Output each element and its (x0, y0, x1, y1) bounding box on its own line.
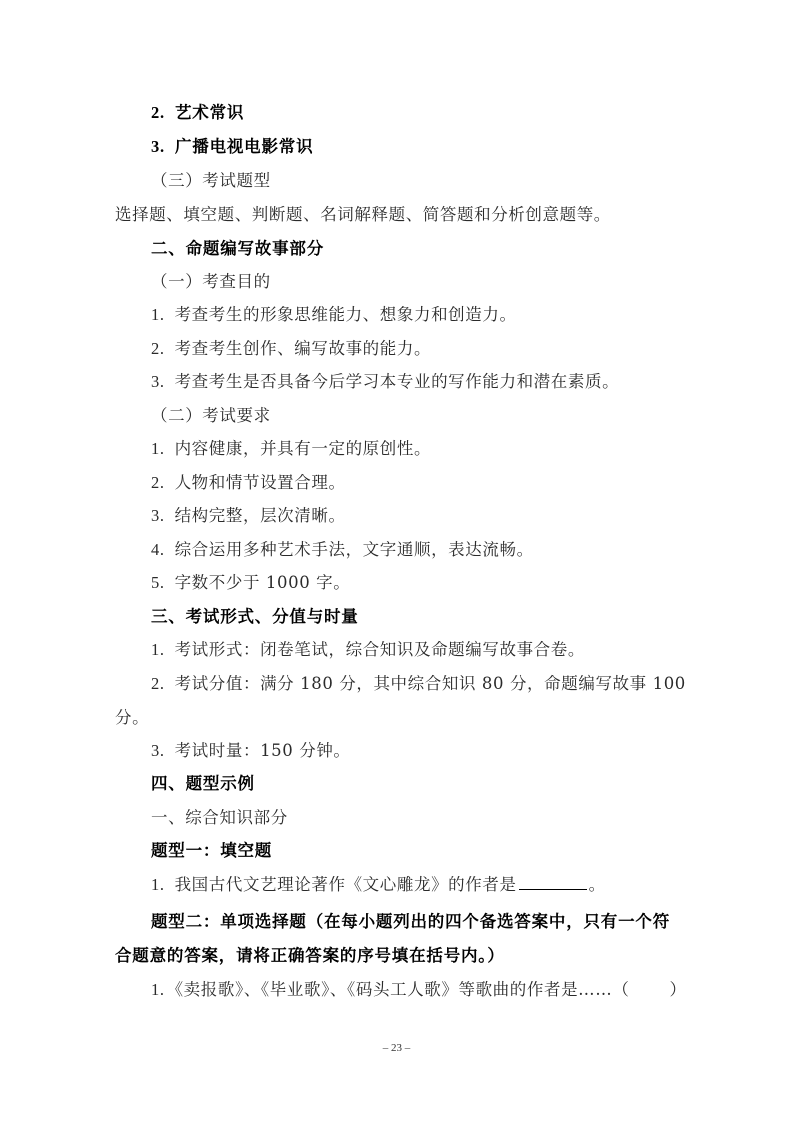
question-end: 。 (589, 875, 606, 894)
list-item: 2.考查考生创作、编写故事的能力。 (151, 338, 431, 360)
item-number: 1. (151, 875, 165, 894)
item-text: 内容健康，并具有一定的原创性。 (175, 439, 432, 458)
item-text: 考试形式：闭卷笔试，综合知识及命题编写故事合卷。 (175, 640, 585, 659)
answer-blank (519, 873, 587, 890)
question-type-heading: 题型二：单项选择题（在每小题列出的四个备选答案中，只有一个符 (151, 911, 670, 933)
item-number: 3. (151, 741, 165, 760)
item-number: 2. (151, 339, 165, 358)
list-item: 3.结构完整，层次清晰。 (151, 505, 346, 527)
document-page: 2.艺术常识 3.广播电视电影常识 （三）考试题型 选择题、填空题、判断题、名词… (0, 0, 793, 1122)
heading-text: 艺术常识 (175, 103, 244, 122)
fill-blank-question: 1.我国古代文艺理论著作《文心雕龙》的作者是。 (151, 873, 606, 896)
item-text: 考查考生的形象思维能力、想象力和创造力。 (175, 305, 517, 324)
heading-text: 广播电视电影常识 (175, 137, 313, 156)
subsection-heading: （二）考试要求 (151, 405, 271, 427)
item-text: 人物和情节设置合理。 (175, 473, 346, 492)
body-paragraph: 选择题、填空题、判断题、名词解释题、简答题和分析创意题等。 (115, 204, 611, 226)
question-type-heading: 题型一：填空题 (151, 840, 272, 862)
subsection-heading: （三）考试题型 (151, 170, 271, 192)
question-end: ） (669, 980, 686, 999)
list-item: 2.人物和情节设置合理。 (151, 472, 346, 494)
list-item: 5.字数不少于 1000 字。 (151, 572, 350, 594)
item-text: 字数不少于 1000 字。 (175, 573, 351, 592)
item-text: 考试分值：满分 180 分，其中综合知识 80 分，命题编写故事 100 (175, 674, 686, 693)
choice-question: 1.《卖报歌》、《毕业歌》、《码头工人歌》等歌曲的作者是……（） (151, 979, 687, 1001)
item-number: 1. (151, 640, 165, 659)
item-number: 1. (151, 305, 165, 324)
question-text: 我国古代文艺理论著作《文心雕龙》的作者是 (175, 875, 517, 894)
subsection-heading: （一）考查目的 (151, 271, 271, 293)
item-text: 结构完整，层次清晰。 (175, 506, 346, 525)
list-item: 1.内容健康，并具有一定的原创性。 (151, 438, 431, 460)
item-number: 2. (151, 473, 165, 492)
item-number: 2. (151, 674, 165, 693)
list-item: 1.考试形式：闭卷笔试，综合知识及命题编写故事合卷。 (151, 639, 585, 661)
page-number: – 23 – (0, 1042, 793, 1054)
item-text: 考查考生创作、编写故事的能力。 (175, 339, 432, 358)
item-text: 综合运用多种艺术手法，文字通顺，表达流畅。 (175, 540, 534, 559)
item-number: 5. (151, 573, 165, 592)
list-item: 4.综合运用多种艺术手法，文字通顺，表达流畅。 (151, 539, 534, 561)
list-item: 3.考查考生是否具备今后学习本专业的写作能力和潜在素质。 (151, 371, 619, 393)
item-text: 考查考生是否具备今后学习本专业的写作能力和潜在素质。 (175, 372, 620, 391)
list-item: 1.考查考生的形象思维能力、想象力和创造力。 (151, 304, 517, 326)
subsection-heading: 一、综合知识部分 (151, 807, 288, 829)
item-text: 考试时量：150 分钟。 (175, 741, 351, 760)
section-heading: 三、考试形式、分值与时量 (151, 606, 359, 628)
list-item: 3.考试时量：150 分钟。 (151, 740, 351, 762)
item-number: 3. (151, 372, 165, 391)
question-type-heading-continuation: 合题意的答案，请将正确答案的序号填在括号内。） (115, 945, 505, 967)
item-number: 3. (151, 506, 165, 525)
section-heading: 2.艺术常识 (151, 102, 244, 124)
section-heading: 3.广播电视电影常识 (151, 136, 313, 158)
item-number: 3. (151, 137, 165, 156)
question-text: 《卖报歌》、《毕业歌》、《码头工人歌》等歌曲的作者是……（ (167, 980, 630, 999)
item-number: 1. (151, 439, 165, 458)
section-heading: 四、题型示例 (151, 773, 255, 795)
item-number: 4. (151, 540, 165, 559)
item-number: 2. (151, 103, 165, 122)
list-item-continuation: 分。 (115, 707, 149, 729)
list-item: 2.考试分值：满分 180 分，其中综合知识 80 分，命题编写故事 100 (151, 673, 686, 695)
item-number: 1. (151, 980, 165, 999)
section-heading: 二、命题编写故事部分 (151, 238, 324, 260)
